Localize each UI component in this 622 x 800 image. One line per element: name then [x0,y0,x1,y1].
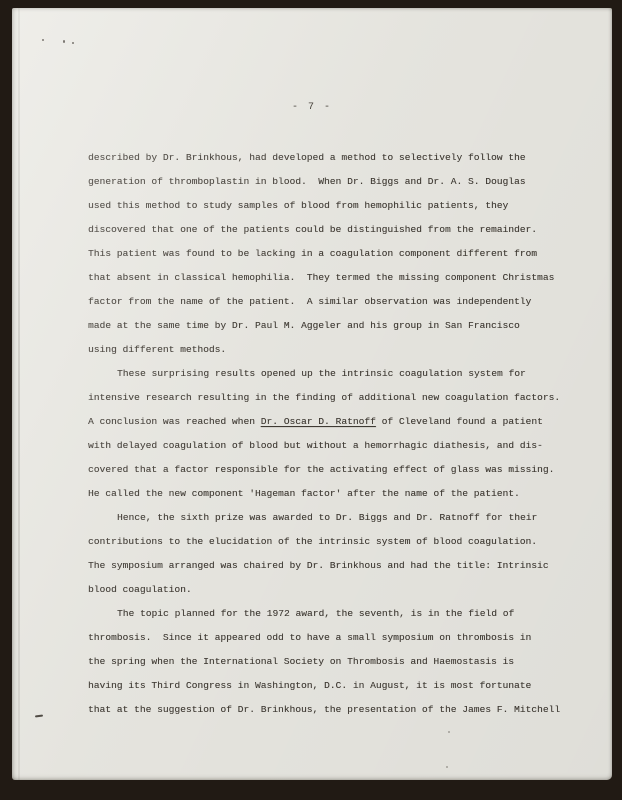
text-segment: discovered that one of the patients coul… [88,224,537,235]
text-segment: of Cleveland found a patient [376,416,543,427]
text-line: made at the same time by Dr. Paul M. Agg… [88,314,578,338]
paper-speck [63,40,65,43]
text-segment: with delayed coagulation of blood but wi… [88,440,543,451]
text-segment: blood coagulation. [88,584,192,595]
text-segment: A conclusion was reached when [88,416,261,427]
text-segment: described by Dr. Brinkhous, had develope… [88,152,526,163]
paper-speck [42,39,44,41]
underlined-name: Dr. Oscar D. Ratnoff [261,416,376,427]
text-segment: that at the suggestion of Dr. Brinkhous,… [88,704,560,715]
text-segment: The topic planned for the 1972 award, th… [117,608,514,619]
page-number: - 7 - [12,102,612,113]
text-line: using different methods. [88,338,578,362]
text-segment: covered that a factor responsible for th… [88,464,554,475]
text-line: intensive research resulting in the find… [88,386,578,410]
text-line: contributions to the elucidation of the … [88,530,578,554]
text-line: generation of thromboplastin in blood. W… [88,170,578,194]
text-segment: the spring when the International Societ… [88,656,514,667]
scan-background: { "page": { "number_label": "- 7 -", "co… [0,0,622,800]
text-segment: used this method to study samples of blo… [88,200,508,211]
text-segment: that absent in classical hemophilia. The… [88,272,554,283]
text-segment: contributions to the elucidation of the … [88,536,537,547]
text-line: the spring when the International Societ… [88,650,578,674]
text-segment: These surprising results opened up the i… [117,368,526,379]
text-line: described by Dr. Brinkhous, had develope… [88,146,578,170]
text-segment: intensive research resulting in the find… [88,392,560,403]
text-segment: The symposium arranged was chaired by Dr… [88,560,549,571]
text-line: These surprising results opened up the i… [88,362,578,386]
margin-dash-mark [35,714,43,717]
text-segment: He called the new component 'Hageman fac… [88,488,520,499]
text-line: The symposium arranged was chaired by Dr… [88,554,578,578]
text-line: A conclusion was reached when Dr. Oscar … [88,410,578,434]
paper-speck [448,731,450,733]
body-text: described by Dr. Brinkhous, had develope… [88,146,578,722]
text-line: This patient was found to be lacking in … [88,242,578,266]
text-line: that at the suggestion of Dr. Brinkhous,… [88,698,578,722]
text-segment: generation of thromboplastin in blood. W… [88,176,526,187]
text-line: that absent in classical hemophilia. The… [88,266,578,290]
text-line: blood coagulation. [88,578,578,602]
text-segment: Hence, the sixth prize was awarded to Dr… [117,512,537,523]
text-line: with delayed coagulation of blood but wi… [88,434,578,458]
paper-speck [72,42,74,44]
text-line: discovered that one of the patients coul… [88,218,578,242]
text-line: The topic planned for the 1972 award, th… [88,602,578,626]
text-segment: using different methods. [88,344,226,355]
text-line: covered that a factor responsible for th… [88,458,578,482]
text-line: thrombosis. Since it appeared odd to hav… [88,626,578,650]
text-line: having its Third Congress in Washington,… [88,674,578,698]
text-segment: This patient was found to be lacking in … [88,248,537,259]
text-segment: made at the same time by Dr. Paul M. Agg… [88,320,520,331]
text-line: He called the new component 'Hageman fac… [88,482,578,506]
text-segment: thrombosis. Since it appeared odd to hav… [88,632,531,643]
paper-speck [446,766,448,768]
text-line: used this method to study samples of blo… [88,194,578,218]
text-line: Hence, the sixth prize was awarded to Dr… [88,506,578,530]
document-page: - 7 - described by Dr. Brinkhous, had de… [12,8,612,780]
text-line: factor from the name of the patient. A s… [88,290,578,314]
text-segment: having its Third Congress in Washington,… [88,680,531,691]
text-segment: factor from the name of the patient. A s… [88,296,531,307]
